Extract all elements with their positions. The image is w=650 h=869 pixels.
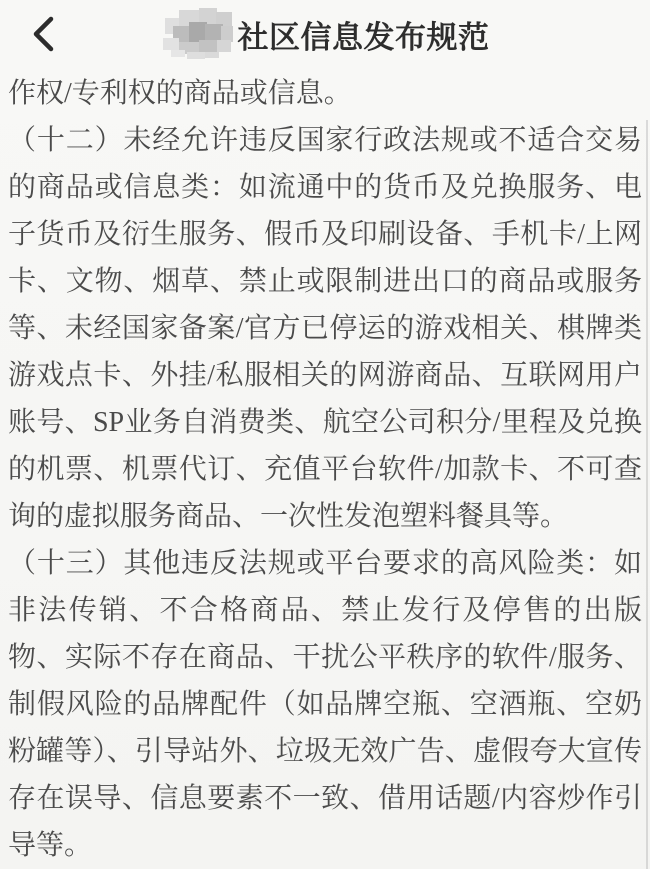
app-header: 社区信息发布规范 <box>0 0 650 66</box>
paragraph-rule-13: （十三）其他违反法规或平台要求的高风险类：如非法传销、不合格商品、禁止发行及停售… <box>8 540 642 869</box>
paragraph-rule-12: （十二）未经允许违反国家行政法规或不适合交易的商品或信息类：如流通中的货币及兑换… <box>8 117 642 540</box>
page-title-text: 社区信息发布规范 <box>238 12 490 57</box>
back-button[interactable] <box>24 12 64 56</box>
paragraph-copyright-continuation: 作权/专利权的商品或信息。 <box>8 70 642 117</box>
rules-body: 作权/专利权的商品或信息。 （十二）未经允许违反国家行政法规或不适合交易的商品或… <box>0 66 650 869</box>
page-title: 社区信息发布规范 <box>161 8 490 60</box>
censored-brand-blur-icon <box>161 6 237 60</box>
chevron-left-icon <box>30 15 58 53</box>
community-rules-page: 社区信息发布规范 作权/专利权的商品或信息。 （十二）未经允许违反国家行政法规或… <box>0 0 650 869</box>
